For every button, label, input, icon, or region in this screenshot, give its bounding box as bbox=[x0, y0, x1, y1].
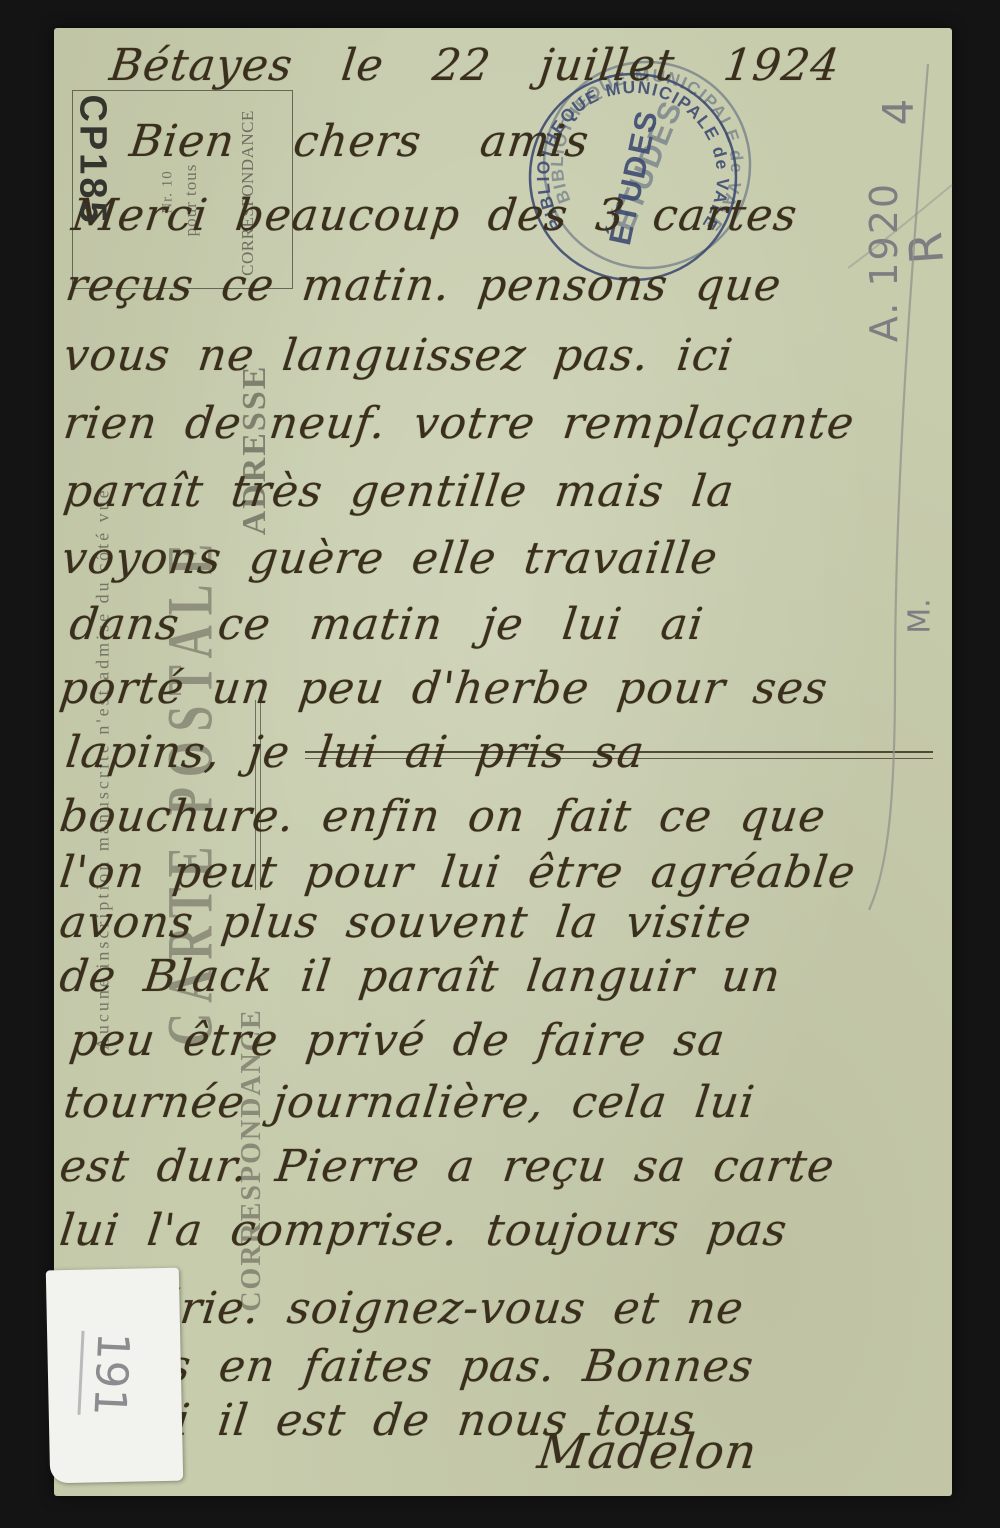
ink-underline bbox=[305, 751, 933, 759]
handwriting-line: Bétayes le 22 juillet 1924 bbox=[107, 40, 843, 91]
handwriting-line: tournée journalière, cela lui bbox=[61, 1077, 758, 1128]
handwriting-line: peu être privé de faire sa bbox=[67, 1015, 728, 1066]
handwriting-line: vous en faites pas. Bonnes bbox=[82, 1341, 757, 1392]
handwriting-line: est dur. Pierre a reçu sa carte bbox=[57, 1141, 838, 1192]
postcard-scan-frame: Nr. 10 pour tous CORRESPONDANCE ADRESSE … bbox=[0, 0, 1000, 1528]
handwriting-line: vous ne languissez pas. ici bbox=[61, 330, 736, 381]
handwriting-line: avons plus souvent la visite bbox=[57, 897, 755, 948]
handwriting-line: l'on peut pour lui être agréable bbox=[57, 847, 859, 898]
pencil-initial-m: M. bbox=[903, 598, 938, 633]
handwriting-line: porté un peu d'herbe pour ses bbox=[57, 663, 831, 714]
handwriting-line: voyons guère elle travaille bbox=[59, 533, 721, 584]
handwriting-line: bouchure. enfin on fait ce que bbox=[57, 791, 829, 842]
catalog-sticker: 191 bbox=[46, 1268, 183, 1484]
handwriting-line: paraît très gentille mais la bbox=[61, 466, 737, 517]
handwriting-line: guérie. soignez-vous et ne bbox=[92, 1283, 747, 1334]
signature: Madelon bbox=[535, 1424, 761, 1480]
handwriting-line: dans ce matin je lui ai bbox=[67, 599, 707, 650]
handwriting-line: rien de neuf. votre remplaçante bbox=[61, 398, 858, 449]
handwriting-line: lui l'a comprise. toujours pas bbox=[57, 1205, 790, 1256]
pencil-letter-r: R bbox=[898, 230, 954, 266]
handwriting-line: Bien chers amis bbox=[127, 116, 592, 167]
pencil-inventory-code: CP185 bbox=[71, 94, 114, 225]
pencil-number-4: 4 bbox=[874, 99, 923, 126]
handwriting-line: de Black il paraît languir un bbox=[57, 951, 784, 1002]
handwriting-line: Merci beaucoup des 3 cartes bbox=[69, 190, 800, 241]
sticker-number: 191 bbox=[77, 1331, 138, 1418]
handwriting-line: reçus ce matin. pensons que bbox=[63, 260, 785, 311]
